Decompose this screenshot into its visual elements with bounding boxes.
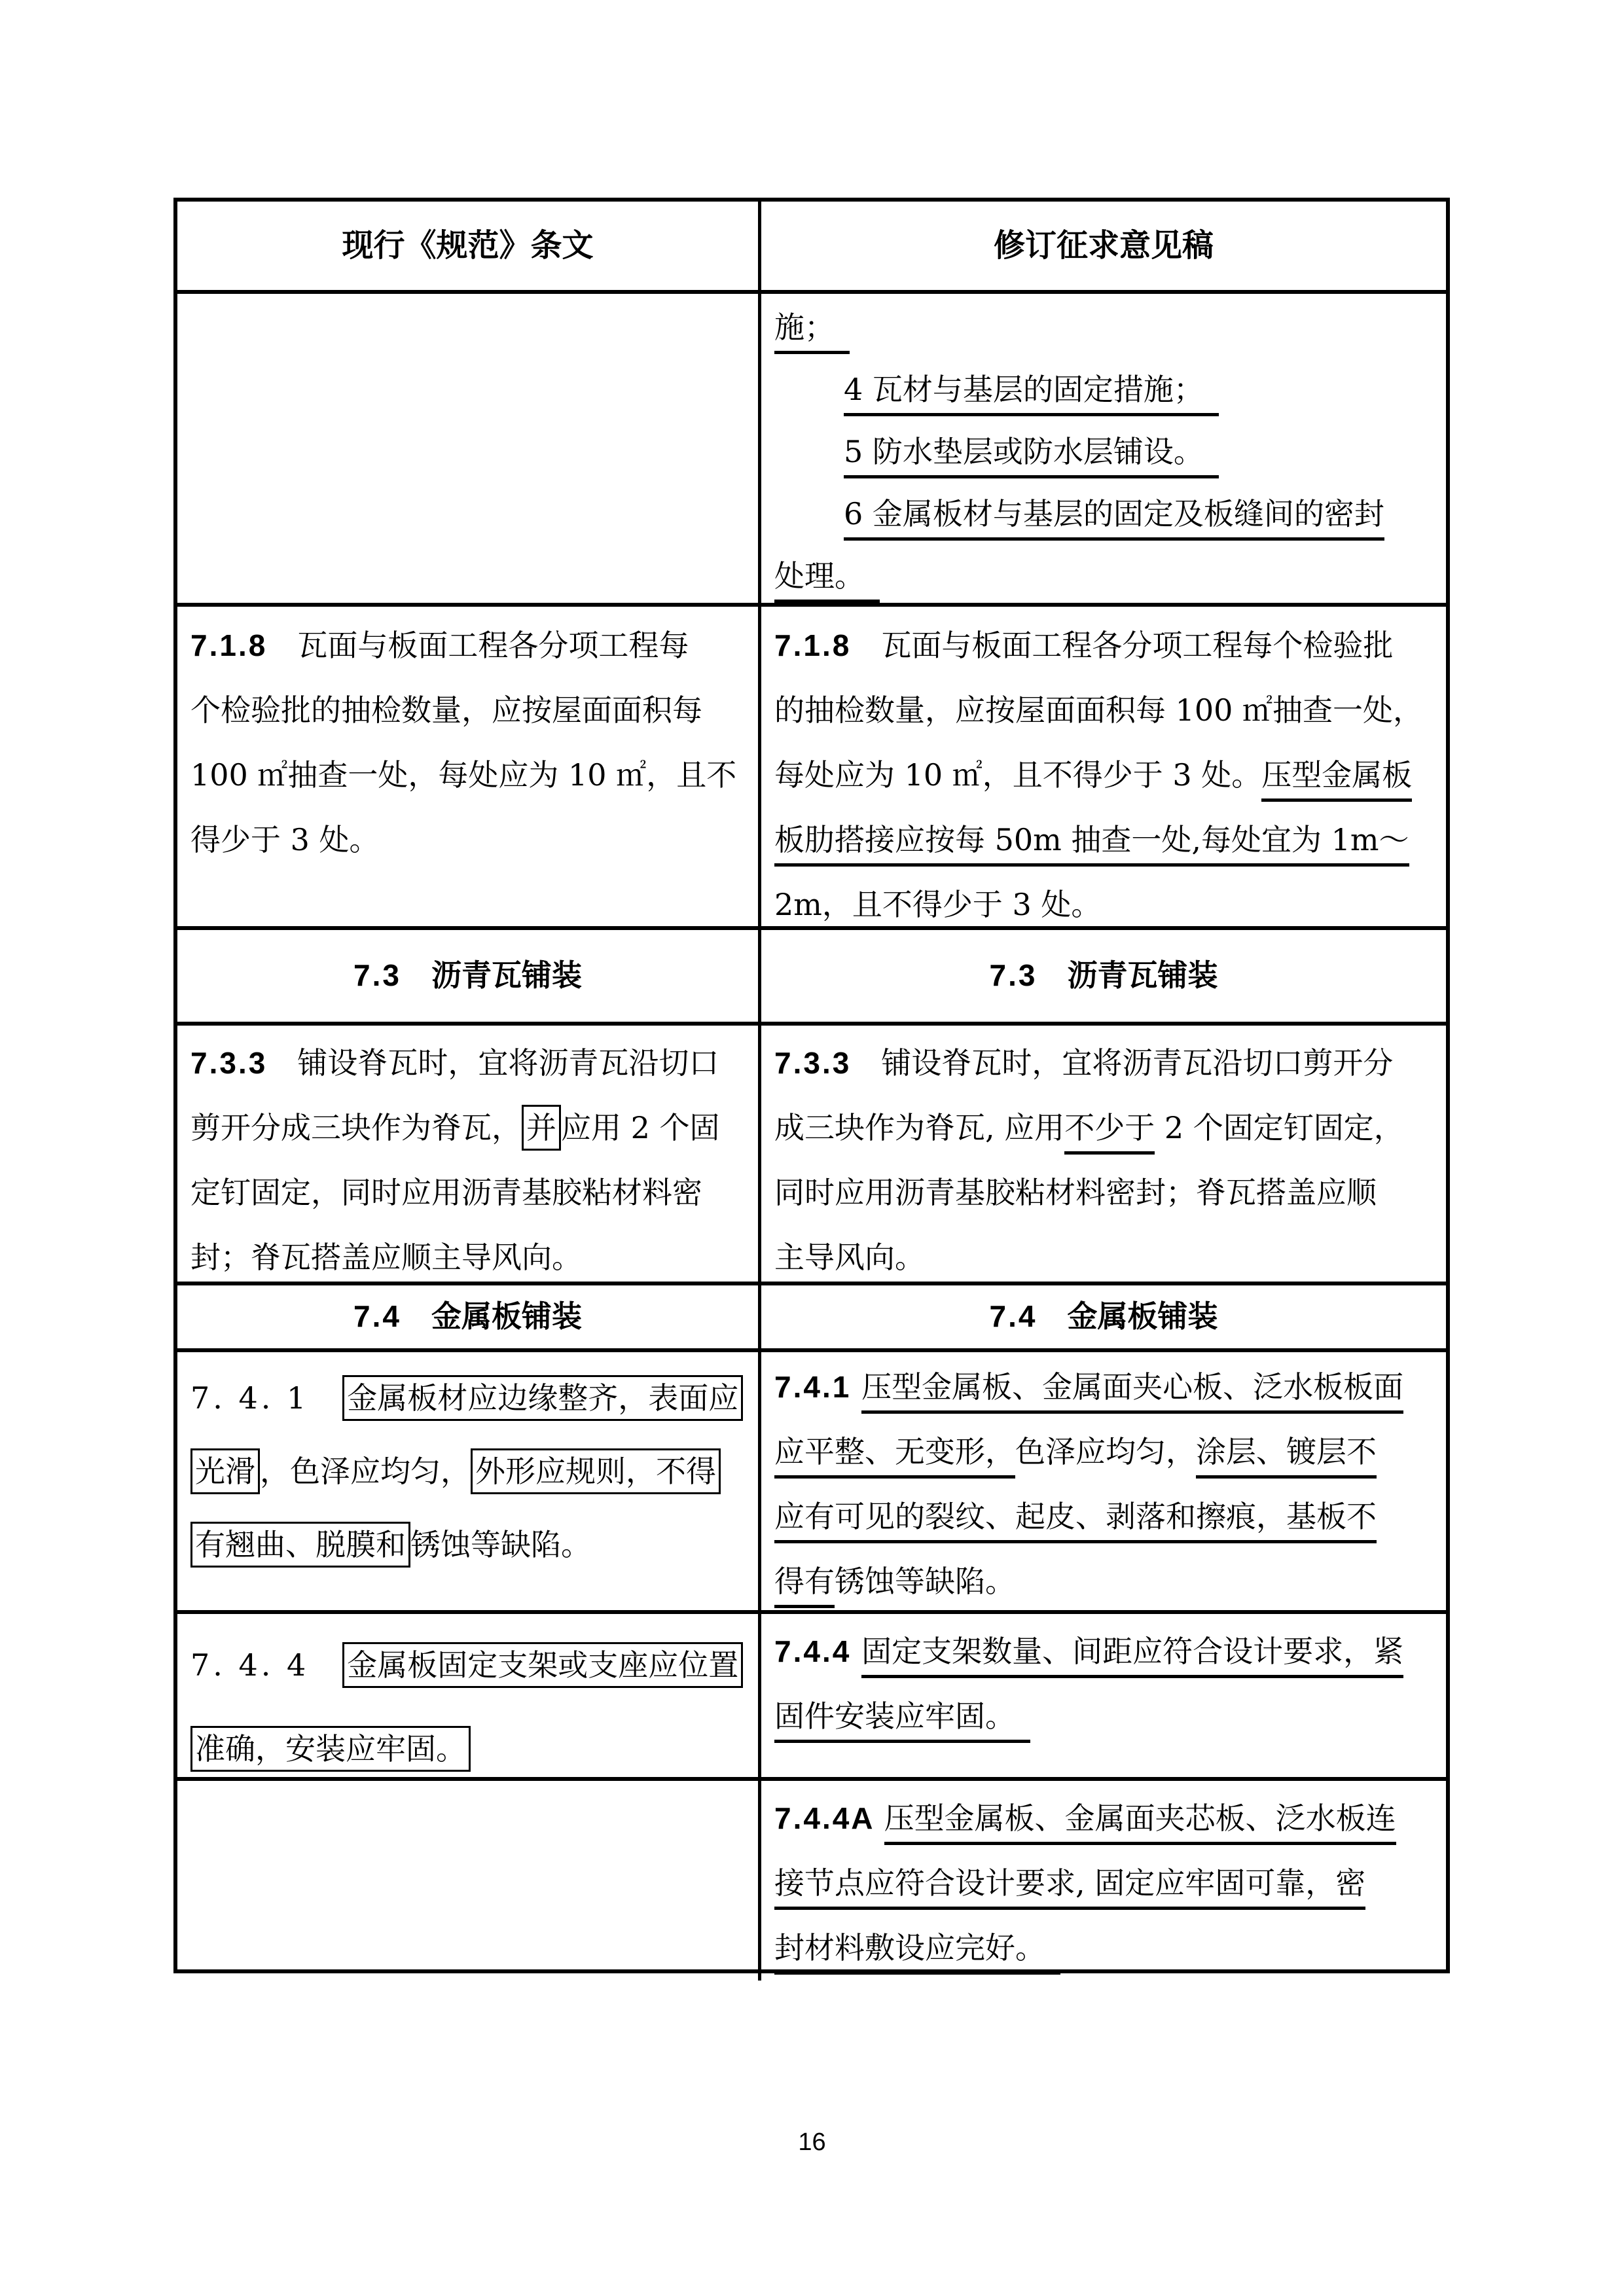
table-cell-left: 现行《规范》条文 (177, 202, 761, 290)
table-cell-right: 7.4.4 固定支架数量、间距应符合设计要求，紧固件安装应牢固。 (761, 1614, 1446, 1777)
text-line: 5 防水垫层或防水层铺设。 (844, 421, 1438, 483)
text-line: 个检验批的抽检数量，应按屋面面积每 (190, 678, 750, 743)
inserted-text: 不少于 (1064, 1110, 1155, 1155)
table-cell-left: 7.3.3 铺设脊瓦时，宜将沥青瓦沿切口剪开分成三块作为脊瓦，并应用 2 个固定… (177, 1026, 761, 1282)
text-line: 每处应为 10 ㎡，且不得少于 3 处。压型金属板 (774, 743, 1438, 808)
table-row-8: 7. 4. 4 金属板固定支架或支座应位置准确，安装应牢固。7.4.4 固定支架… (177, 1610, 1446, 1777)
text-line: 7. 4. 4 金属板固定支架或支座应位置 (190, 1623, 750, 1707)
table-cell-right: 7.1.8 瓦面与板面工程各分项工程每个检验批的抽检数量，应按屋面面积每 100… (761, 607, 1446, 926)
text: 锈蚀等缺陷。 (835, 1564, 1015, 1599)
text-line: 光滑，色泽应均匀，外形应规则，不得 (190, 1435, 750, 1508)
table-cell-right: 7.4 金属板铺装 (761, 1285, 1446, 1348)
text-line: 处理。 (774, 545, 1438, 603)
text-line: 现行《规范》条文 (342, 227, 593, 265)
table-row-6: 7.4 金属板铺装7.4 金属板铺装 (177, 1282, 1446, 1348)
text-line: 7.4.1 压型金属板、金属面夹心板、泛水板板面 (774, 1355, 1438, 1420)
section-title: 现行《规范》条文 (342, 227, 593, 264)
deleted-text: 并 (522, 1105, 561, 1151)
inserted-text: 压型金属板、金属面夹芯板、泛水板连 (884, 1801, 1396, 1845)
table-cell-left (177, 294, 761, 603)
clause-number: 7.4.4 (774, 1634, 861, 1668)
inserted-text: 处理。 (774, 558, 880, 603)
table-cell-right: 7.4.4A 压型金属板、金属面夹芯板、泛水板连接节点应符合设计要求, 固定应牢… (761, 1781, 1446, 1981)
text-line: 施； (774, 296, 1438, 359)
table-row-3: 7.1.8 瓦面与板面工程各分项工程每个检验批的抽检数量，应按屋面面积每100 … (177, 603, 1446, 926)
text-line: 应平整、无变形，色泽应均匀，涂层、镀层不 (774, 1420, 1438, 1484)
inserted-text: 压型金属板、金属面夹心板、泛水板板面 (861, 1369, 1403, 1414)
text-line: 100 ㎡抽查一处，每处应为 10 ㎡，且不 (190, 743, 750, 808)
table-cell-right: 施； 4 瓦材与基层的固定措施； 5 防水垫层或防水层铺设。 6 金属板材与基层… (761, 294, 1446, 603)
text-line: 应有可见的裂纹、起皮、剥落和擦痕，基板不 (774, 1484, 1438, 1549)
text-line: 定钉固定，同时应用沥青基胶粘材料密 (190, 1160, 750, 1225)
inserted-text: 6 金属板材与基层的固定及板缝间的密封 (844, 496, 1384, 541)
text: 2 个固定钉固定， (1155, 1110, 1404, 1145)
text-line: 4 瓦材与基层的固定措施； (844, 359, 1438, 421)
clause-number: 7.4.4A (774, 1801, 884, 1835)
inserted-text: 2m，且不得少于 3 处。 (774, 887, 1116, 926)
clause-number: 7.1.8 (190, 628, 267, 662)
text-line: 封；脊瓦搭盖应顺主导风向。 (190, 1225, 750, 1282)
text-line: 剪开分成三块作为脊瓦，并应用 2 个固 (190, 1096, 750, 1160)
inserted-text: 4 瓦材与基层的固定措施； (844, 372, 1219, 416)
clause-number: 7.4.1 (774, 1370, 861, 1404)
table-row-7: 7. 4. 1 金属板材应边缘整齐，表面应光滑，色泽应均匀，外形应规则，不得有翘… (177, 1348, 1446, 1610)
text: 封；脊瓦搭盖应顺主导风向。 (190, 1240, 582, 1275)
deleted-text: 金属板材应边缘整齐，表面应 (342, 1375, 743, 1421)
inserted-text: 封材料敷设应完好。 (774, 1930, 1060, 1975)
text-line: 成三块作为脊瓦, 应用不少于 2 个固定钉固定， (774, 1096, 1438, 1160)
section-title: 金属板铺装 (1037, 1299, 1218, 1334)
text-line: 7.1.8 瓦面与板面工程各分项工程每 (190, 613, 750, 678)
text: 成三块作为脊瓦, 应用 (774, 1110, 1064, 1145)
text: 色泽应均匀， (1015, 1434, 1196, 1469)
text: 瓦面与板面工程各分项工程每 (267, 628, 689, 663)
clause-number: 7. 4. 1 (190, 1380, 342, 1416)
text: 的抽检数量，应按屋面面积每 100 ㎡抽查一处， (774, 692, 1423, 728)
comparison-table: 现行《规范》条文修订征求意见稿施； 4 瓦材与基层的固定措施； 5 防水垫层或防… (173, 198, 1450, 1973)
inserted-text: 涂层、镀层不 (1196, 1434, 1377, 1479)
text-line: 有翘曲、脱膜和锈蚀等缺陷。 (190, 1508, 750, 1581)
table-cell-left (177, 1781, 761, 1981)
inserted-text: 接节点应符合设计要求, 固定应牢固可靠，密 (774, 1865, 1365, 1910)
deleted-text: 光滑 (190, 1448, 260, 1494)
inserted-text: 固件安装应牢固。 (774, 1698, 1030, 1743)
text: 锈蚀等缺陷。 (410, 1527, 591, 1562)
text-line: 7.4.4 固定支架数量、间距应符合设计要求，紧 (774, 1619, 1438, 1684)
text-line: 得少于 3 处。 (190, 808, 750, 872)
inserted-text: 施； (774, 310, 850, 354)
text-line: 封材料敷设应完好。 (774, 1916, 1438, 1981)
clause-number: 7.3.3 (774, 1046, 851, 1080)
text: 剪开分成三块作为脊瓦， (190, 1110, 522, 1145)
text: ，色泽应均匀， (260, 1454, 471, 1489)
table-row-2: 施； 4 瓦材与基层的固定措施； 5 防水垫层或防水层铺设。 6 金属板材与基层… (177, 290, 1446, 603)
table-cell-left: 7. 4. 1 金属板材应边缘整齐，表面应光滑，色泽应均匀，外形应规则，不得有翘… (177, 1352, 761, 1610)
inserted-text: 固定支架数量、间距应符合设计要求，紧 (861, 1634, 1403, 1678)
deleted-text: 外形应规则，不得 (471, 1448, 721, 1494)
text: 铺设脊瓦时，宜将沥青瓦沿切口 (267, 1045, 719, 1081)
section-title: 金属板铺装 (401, 1299, 582, 1334)
text-line: 7.1.8 瓦面与板面工程各分项工程每个检验批 (774, 613, 1438, 678)
text: 瓦面与板面工程各分项工程每个检验批 (851, 628, 1393, 663)
table-cell-left: 7.4 金属板铺装 (177, 1285, 761, 1348)
text-line: 7.4.4A 压型金属板、金属面夹芯板、泛水板连 (774, 1786, 1438, 1851)
clause-number: 7.3 (990, 958, 1038, 992)
text: 100 ㎡抽查一处，每处应为 10 ㎡，且不 (190, 757, 736, 793)
text-line: 接节点应符合设计要求, 固定应牢固可靠，密 (774, 1851, 1438, 1916)
text-line: 7.3.3 铺设脊瓦时，宜将沥青瓦沿切口剪开分 (774, 1031, 1438, 1096)
text-line: 准确，安装应牢固。 (190, 1707, 750, 1777)
text-line: 固件安装应牢固。 (774, 1684, 1438, 1749)
deleted-text: 准确，安装应牢固。 (190, 1726, 471, 1772)
text: 每处应为 10 ㎡，且不得少于 3 处。 (774, 757, 1261, 793)
section-title: 修订征求意见稿 (994, 227, 1214, 264)
clause-number: 7.3 (353, 958, 401, 992)
table-row-1: 现行《规范》条文修订征求意见稿 (177, 202, 1446, 290)
clause-number: 7.3.3 (190, 1046, 267, 1080)
table-cell-left: 7. 4. 4 金属板固定支架或支座应位置准确，安装应牢固。 (177, 1614, 761, 1777)
table-cell-right: 7.3 沥青瓦铺装 (761, 930, 1446, 1022)
text-line: 2m，且不得少于 3 处。 (774, 872, 1438, 926)
inserted-text: 压型金属板 (1261, 757, 1412, 802)
text-line: 7.3.3 铺设脊瓦时，宜将沥青瓦沿切口 (190, 1031, 750, 1096)
text-line: 7.3 沥青瓦铺装 (990, 958, 1218, 994)
document-page: 现行《规范》条文修订征求意见稿施； 4 瓦材与基层的固定措施； 5 防水垫层或防… (0, 0, 1624, 2296)
text: 同时应用沥青基胶粘材料密封；脊瓦搭盖应顺 (774, 1175, 1377, 1210)
text-line: 得有锈蚀等缺陷。 (774, 1549, 1438, 1610)
section-title: 沥青瓦铺装 (1037, 958, 1218, 993)
inserted-text: 应有可见的裂纹、起皮、剥落和擦痕，基板不 (774, 1499, 1377, 1543)
text-line: 主导风向。 (774, 1225, 1438, 1282)
inserted-text: 得有 (774, 1564, 835, 1608)
text: 应用 2 个固 (561, 1110, 720, 1145)
text-line: 修订征求意见稿 (994, 227, 1214, 265)
text-line: 的抽检数量，应按屋面面积每 100 ㎡抽查一处， (774, 678, 1438, 743)
clause-number: 7.1.8 (774, 628, 851, 662)
text-line: 7.4 金属板铺装 (353, 1299, 582, 1335)
text-line: 7.3 沥青瓦铺装 (353, 958, 582, 994)
table-row-9: 7.4.4A 压型金属板、金属面夹芯板、泛水板连接节点应符合设计要求, 固定应牢… (177, 1777, 1446, 1981)
table-row-5: 7.3.3 铺设脊瓦时，宜将沥青瓦沿切口剪开分成三块作为脊瓦，并应用 2 个固定… (177, 1022, 1446, 1282)
text-line: 7.4 金属板铺装 (990, 1299, 1218, 1335)
table-cell-right: 7.4.1 压型金属板、金属面夹心板、泛水板板面应平整、无变形，色泽应均匀，涂层… (761, 1352, 1446, 1610)
inserted-text: 5 防水垫层或防水层铺设。 (844, 434, 1219, 478)
inserted-text: 板肋搭接应按每 50m 抽查一处,每处宜为 1m～ (774, 822, 1409, 867)
deleted-text: 金属板固定支架或支座应位置 (342, 1642, 743, 1688)
text: 个检验批的抽检数量，应按屋面面积每 (190, 692, 702, 728)
text-line: 7. 4. 1 金属板材应边缘整齐，表面应 (190, 1361, 750, 1435)
clause-number: 7. 4. 4 (190, 1647, 342, 1683)
clause-number: 7.4 (990, 1299, 1038, 1333)
table-cell-left: 7.3 沥青瓦铺装 (177, 930, 761, 1022)
section-title: 沥青瓦铺装 (401, 958, 582, 993)
text-line: 板肋搭接应按每 50m 抽查一处,每处宜为 1m～ (774, 808, 1438, 872)
text: 定钉固定，同时应用沥青基胶粘材料密 (190, 1175, 702, 1210)
text: 得少于 3 处。 (190, 822, 380, 857)
deleted-text: 有翘曲、脱膜和 (190, 1522, 410, 1568)
text: 主导风向。 (774, 1240, 925, 1275)
table-cell-right: 修订征求意见稿 (761, 202, 1446, 290)
page-number: 16 (0, 2128, 1624, 2157)
text-line: 6 金属板材与基层的固定及板缝间的密封 (844, 483, 1438, 545)
table-cell-left: 7.1.8 瓦面与板面工程各分项工程每个检验批的抽检数量，应按屋面面积每100 … (177, 607, 761, 926)
table-row-4: 7.3 沥青瓦铺装7.3 沥青瓦铺装 (177, 926, 1446, 1022)
inserted-text: 应平整、无变形， (774, 1434, 1015, 1479)
table-cell-right: 7.3.3 铺设脊瓦时，宜将沥青瓦沿切口剪开分成三块作为脊瓦, 应用不少于 2 … (761, 1026, 1446, 1282)
text-line: 同时应用沥青基胶粘材料密封；脊瓦搭盖应顺 (774, 1160, 1438, 1225)
text: 铺设脊瓦时，宜将沥青瓦沿切口剪开分 (851, 1045, 1393, 1081)
clause-number: 7.4 (353, 1299, 401, 1333)
